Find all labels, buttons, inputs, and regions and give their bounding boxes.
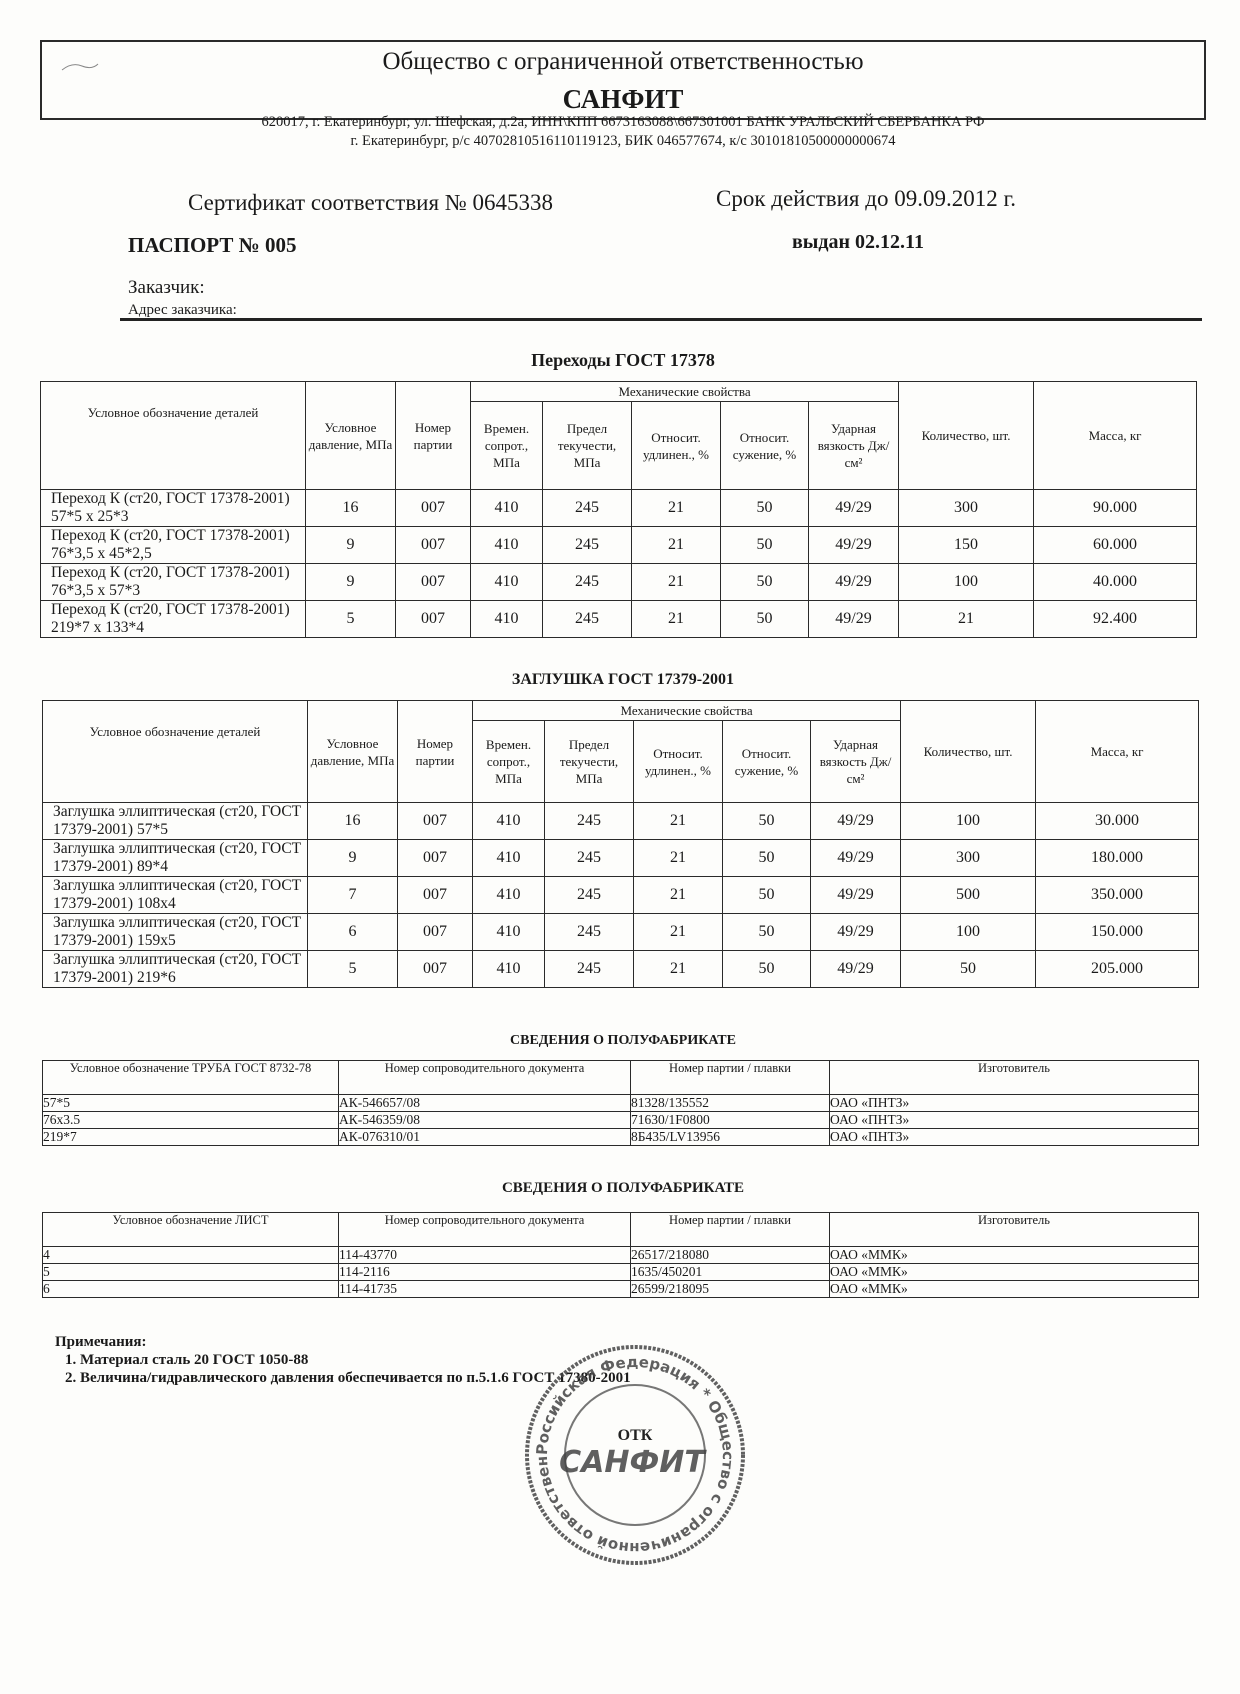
cell-pressure: 9 xyxy=(308,840,398,877)
cell-0: 6 xyxy=(43,1281,339,1298)
table-row: 5114-21161635/450201ОАО «ММК» xyxy=(43,1264,1199,1281)
cell-batch: 007 xyxy=(398,803,473,840)
cell-mass: 350.000 xyxy=(1036,877,1199,914)
cell-qty: 100 xyxy=(901,803,1036,840)
cell-desc: Переход К (ст20, ГОСТ 17378-2001) 219*7 … xyxy=(41,601,306,638)
cell-elong: 21 xyxy=(634,803,723,840)
stamp-otk-label: ОТК xyxy=(618,1427,653,1444)
col-header-0: Условное обозначение ТРУБА ГОСТ 8732-78 xyxy=(43,1061,339,1095)
table-row: Заглушка эллиптическая (ст20, ГОСТ 17379… xyxy=(43,951,1199,988)
cell-impact: 49/29 xyxy=(811,914,901,951)
customer-label: Заказчик: xyxy=(128,277,205,299)
col-header-2: Номер партии / плавки xyxy=(631,1213,830,1247)
col-narrow: Относит. сужение, % xyxy=(721,402,809,490)
col-header-3: Изготовитель xyxy=(830,1213,1199,1247)
cell-narrow: 50 xyxy=(721,527,809,564)
cell-pressure: 9 xyxy=(306,527,396,564)
cell-mass: 60.000 xyxy=(1034,527,1197,564)
cell-impact: 49/29 xyxy=(811,840,901,877)
cell-yield: 245 xyxy=(545,951,634,988)
cell-1: АК-546359/08 xyxy=(339,1112,631,1129)
cell-impact: 49/29 xyxy=(811,951,901,988)
col-header-0: Условное обозначение ЛИСТ xyxy=(43,1213,339,1247)
cell-yield: 245 xyxy=(545,877,634,914)
transitions-title: Переходы ГОСТ 17378 xyxy=(0,350,1240,371)
col-impact: Ударная вязкость Дж/см² xyxy=(809,402,899,490)
cell-qty: 500 xyxy=(901,877,1036,914)
cell-qty: 100 xyxy=(901,914,1036,951)
col-header-1: Номер сопроводительного документа xyxy=(339,1213,631,1247)
table-row: Переход К (ст20, ГОСТ 17378-2001) 76*3,5… xyxy=(41,564,1197,601)
cell-batch: 007 xyxy=(398,914,473,951)
cell-impact: 49/29 xyxy=(809,527,899,564)
cell-pressure: 5 xyxy=(306,601,396,638)
semi-sheet-table: Условное обозначение ЛИСТНомер сопроводи… xyxy=(42,1212,1199,1298)
company-name: САНФИТ xyxy=(0,84,1240,115)
cell-tensile: 410 xyxy=(471,527,543,564)
cell-narrow: 50 xyxy=(721,564,809,601)
customer-address-label: Адрес заказчика: xyxy=(128,302,237,319)
table-row: 76x3.5АК-546359/0871630/1F0800ОАО «ПНТЗ» xyxy=(43,1112,1199,1129)
cell-desc: Заглушка эллиптическая (ст20, ГОСТ 17379… xyxy=(43,951,308,988)
col-header-1: Номер сопроводительного документа xyxy=(339,1061,631,1095)
cell-pressure: 7 xyxy=(308,877,398,914)
cell-qty: 300 xyxy=(901,840,1036,877)
cell-narrow: 50 xyxy=(723,951,811,988)
cell-tensile: 410 xyxy=(471,564,543,601)
cell-yield: 245 xyxy=(545,914,634,951)
cell-mass: 40.000 xyxy=(1034,564,1197,601)
cell-mass: 90.000 xyxy=(1034,490,1197,527)
col-mass: Масса, кг xyxy=(1034,382,1197,490)
table-row: Заглушка эллиптическая (ст20, ГОСТ 17379… xyxy=(43,840,1199,877)
table-row: Переход К (ст20, ГОСТ 17378-2001) 57*5 x… xyxy=(41,490,1197,527)
col-pressure: Условное давление, МПа xyxy=(308,701,398,803)
table-row: 4114-4377026517/218080ОАО «ММК» xyxy=(43,1247,1199,1264)
col-narrow: Относит. сужение, % xyxy=(723,721,811,803)
cell-tensile: 410 xyxy=(473,803,545,840)
cell-elong: 21 xyxy=(634,840,723,877)
cell-tensile: 410 xyxy=(471,601,543,638)
certificate-validity: Срок действия до 09.09.2012 г. xyxy=(716,186,1016,212)
cell-2: 71630/1F0800 xyxy=(631,1112,830,1129)
cell-desc: Заглушка эллиптическая (ст20, ГОСТ 17379… xyxy=(43,803,308,840)
cell-tensile: 410 xyxy=(473,840,545,877)
plugs-title: ЗАГЛУШКА ГОСТ 17379-2001 xyxy=(0,671,1240,689)
cell-pressure: 6 xyxy=(308,914,398,951)
cell-mass: 30.000 xyxy=(1036,803,1199,840)
cell-qty: 150 xyxy=(899,527,1034,564)
cell-batch: 007 xyxy=(396,601,471,638)
cell-narrow: 50 xyxy=(721,601,809,638)
col-tensile: Времен. сопрот., МПа xyxy=(473,721,545,803)
semi-sheet-title: СВЕДЕНИЯ О ПОЛУФАБРИКАТЕ xyxy=(0,1180,1240,1197)
cell-yield: 245 xyxy=(543,527,632,564)
cell-0: 57*5 xyxy=(43,1095,339,1112)
cell-pressure: 9 xyxy=(306,564,396,601)
cell-1: 114-2116 xyxy=(339,1264,631,1281)
cell-3: ОАО «ПНТЗ» xyxy=(830,1129,1199,1146)
table-row: Заглушка эллиптическая (ст20, ГОСТ 17379… xyxy=(43,877,1199,914)
cell-narrow: 50 xyxy=(723,914,811,951)
table-row: Заглушка эллиптическая (ст20, ГОСТ 17379… xyxy=(43,914,1199,951)
col-mass: Масса, кг xyxy=(1036,701,1199,803)
col-mech-group: Механические свойства xyxy=(471,382,899,402)
cell-batch: 007 xyxy=(396,490,471,527)
cell-3: ОАО «ПНТЗ» xyxy=(830,1095,1199,1112)
cell-impact: 49/29 xyxy=(809,601,899,638)
table-row: Заглушка эллиптическая (ст20, ГОСТ 17379… xyxy=(43,803,1199,840)
col-desc: Условное обозначение деталей xyxy=(43,701,308,803)
otk-stamp-icon: Российская Федерация * Общество с ограни… xyxy=(520,1340,750,1570)
cell-yield: 245 xyxy=(543,601,632,638)
cell-2: 26599/218095 xyxy=(631,1281,830,1298)
cell-batch: 007 xyxy=(398,951,473,988)
stamp-company-name: САНФИТ xyxy=(559,1445,707,1480)
cell-impact: 49/29 xyxy=(809,564,899,601)
cell-1: АК-076310/01 xyxy=(339,1129,631,1146)
col-qty: Количество, шт. xyxy=(901,701,1036,803)
cell-yield: 245 xyxy=(543,564,632,601)
header-divider xyxy=(120,318,1202,321)
cell-qty: 50 xyxy=(901,951,1036,988)
col-elong: Относит. удлинен., % xyxy=(632,402,721,490)
header-row: Условное обозначение ЛИСТНомер сопроводи… xyxy=(43,1213,1199,1247)
cell-mass: 205.000 xyxy=(1036,951,1199,988)
cell-1: 114-43770 xyxy=(339,1247,631,1264)
cell-narrow: 50 xyxy=(723,840,811,877)
cell-2: 1635/450201 xyxy=(631,1264,830,1281)
cell-batch: 007 xyxy=(396,527,471,564)
cell-narrow: 50 xyxy=(721,490,809,527)
table-row: Переход К (ст20, ГОСТ 17378-2001) 76*3,5… xyxy=(41,527,1197,564)
cell-tensile: 410 xyxy=(473,914,545,951)
table-row: 6114-4173526599/218095ОАО «ММК» xyxy=(43,1281,1199,1298)
cell-desc: Переход К (ст20, ГОСТ 17378-2001) 57*5 x… xyxy=(41,490,306,527)
cell-impact: 49/29 xyxy=(811,877,901,914)
col-tensile: Времен. сопрот., МПа xyxy=(471,402,543,490)
cell-yield: 245 xyxy=(543,490,632,527)
cell-tensile: 410 xyxy=(473,951,545,988)
cell-desc: Переход К (ст20, ГОСТ 17378-2001) 76*3,5… xyxy=(41,564,306,601)
col-header-2: Номер партии / плавки xyxy=(631,1061,830,1095)
col-mech-group: Механические свойства xyxy=(473,701,901,721)
cell-yield: 245 xyxy=(545,840,634,877)
cell-mass: 180.000 xyxy=(1036,840,1199,877)
cell-mass: 92.400 xyxy=(1034,601,1197,638)
col-impact: Ударная вязкость Дж/см² xyxy=(811,721,901,803)
semi-pipe-title: СВЕДЕНИЯ О ПОЛУФАБРИКАТЕ xyxy=(0,1033,1240,1049)
col-batch: Номер партии xyxy=(398,701,473,803)
cell-desc: Переход К (ст20, ГОСТ 17378-2001) 76*3,5… xyxy=(41,527,306,564)
col-qty: Количество, шт. xyxy=(899,382,1034,490)
cell-elong: 21 xyxy=(634,914,723,951)
company-legal-form: Общество с ограниченной ответственностью xyxy=(0,48,1240,76)
cell-elong: 21 xyxy=(632,601,721,638)
cell-narrow: 50 xyxy=(723,877,811,914)
cell-qty: 100 xyxy=(899,564,1034,601)
col-yield: Предел текучести, МПа xyxy=(543,402,632,490)
cell-2: 81328/135552 xyxy=(631,1095,830,1112)
cell-2: 8Б435/LV13956 xyxy=(631,1129,830,1146)
table-row: 57*5АК-546657/0881328/135552ОАО «ПНТЗ» xyxy=(43,1095,1199,1112)
cell-tensile: 410 xyxy=(471,490,543,527)
cell-3: ОАО «ММК» xyxy=(830,1281,1199,1298)
cell-elong: 21 xyxy=(634,877,723,914)
cell-mass: 150.000 xyxy=(1036,914,1199,951)
header-row: Условное обозначение ТРУБА ГОСТ 8732-78Н… xyxy=(43,1061,1199,1095)
col-batch: Номер партии xyxy=(396,382,471,490)
plugs-table: Условное обозначение деталейУсловное дав… xyxy=(42,700,1199,988)
cell-desc: Заглушка эллиптическая (ст20, ГОСТ 17379… xyxy=(43,877,308,914)
cell-3: ОАО «ПНТЗ» xyxy=(830,1112,1199,1129)
col-yield: Предел текучести, МПа xyxy=(545,721,634,803)
cell-elong: 21 xyxy=(632,564,721,601)
col-header-3: Изготовитель xyxy=(830,1061,1199,1095)
cell-pressure: 16 xyxy=(306,490,396,527)
table-row: 219*7АК-076310/018Б435/LV13956ОАО «ПНТЗ» xyxy=(43,1129,1199,1146)
cell-elong: 21 xyxy=(632,490,721,527)
cell-desc: Заглушка эллиптическая (ст20, ГОСТ 17379… xyxy=(43,914,308,951)
cell-qty: 300 xyxy=(899,490,1034,527)
cell-1: АК-546657/08 xyxy=(339,1095,631,1112)
cell-batch: 007 xyxy=(398,840,473,877)
cell-0: 5 xyxy=(43,1264,339,1281)
col-desc: Условное обозначение деталей xyxy=(41,382,306,490)
cell-3: ОАО «ММК» xyxy=(830,1264,1199,1281)
header-row: Условное обозначение деталейУсловное дав… xyxy=(41,382,1197,402)
cell-0: 76x3.5 xyxy=(43,1112,339,1129)
cell-yield: 245 xyxy=(545,803,634,840)
cell-0: 4 xyxy=(43,1247,339,1264)
col-elong: Относит. удлинен., % xyxy=(634,721,723,803)
cell-desc: Заглушка эллиптическая (ст20, ГОСТ 17379… xyxy=(43,840,308,877)
cell-impact: 49/29 xyxy=(809,490,899,527)
transitions-table: Условное обозначение деталейУсловное дав… xyxy=(40,381,1197,638)
cell-impact: 49/29 xyxy=(811,803,901,840)
certificate-number: Сертификат соответствия № 0645338 xyxy=(188,190,553,216)
table-row: Переход К (ст20, ГОСТ 17378-2001) 219*7 … xyxy=(41,601,1197,638)
cell-batch: 007 xyxy=(398,877,473,914)
passport-title: ПАСПОРТ № 005 xyxy=(128,233,296,258)
col-pressure: Условное давление, МПа xyxy=(306,382,396,490)
cell-3: ОАО «ММК» xyxy=(830,1247,1199,1264)
passport-issued-date: выдан 02.12.11 xyxy=(792,231,924,254)
cell-pressure: 16 xyxy=(308,803,398,840)
cell-pressure: 5 xyxy=(308,951,398,988)
cell-narrow: 50 xyxy=(723,803,811,840)
cell-tensile: 410 xyxy=(473,877,545,914)
cell-0: 219*7 xyxy=(43,1129,339,1146)
cell-qty: 21 xyxy=(899,601,1034,638)
company-address-line2: г. Екатеринбург, р/с 4070281051611011912… xyxy=(0,133,1240,150)
semi-pipe-table: Условное обозначение ТРУБА ГОСТ 8732-78Н… xyxy=(42,1060,1199,1146)
cell-2: 26517/218080 xyxy=(631,1247,830,1264)
cell-batch: 007 xyxy=(396,564,471,601)
company-address-line1: 620017, г. Екатеринбург, ул. Шефская, д.… xyxy=(0,114,1240,131)
cell-elong: 21 xyxy=(632,527,721,564)
header-row: Условное обозначение деталейУсловное дав… xyxy=(43,701,1199,721)
cell-elong: 21 xyxy=(634,951,723,988)
cell-1: 114-41735 xyxy=(339,1281,631,1298)
